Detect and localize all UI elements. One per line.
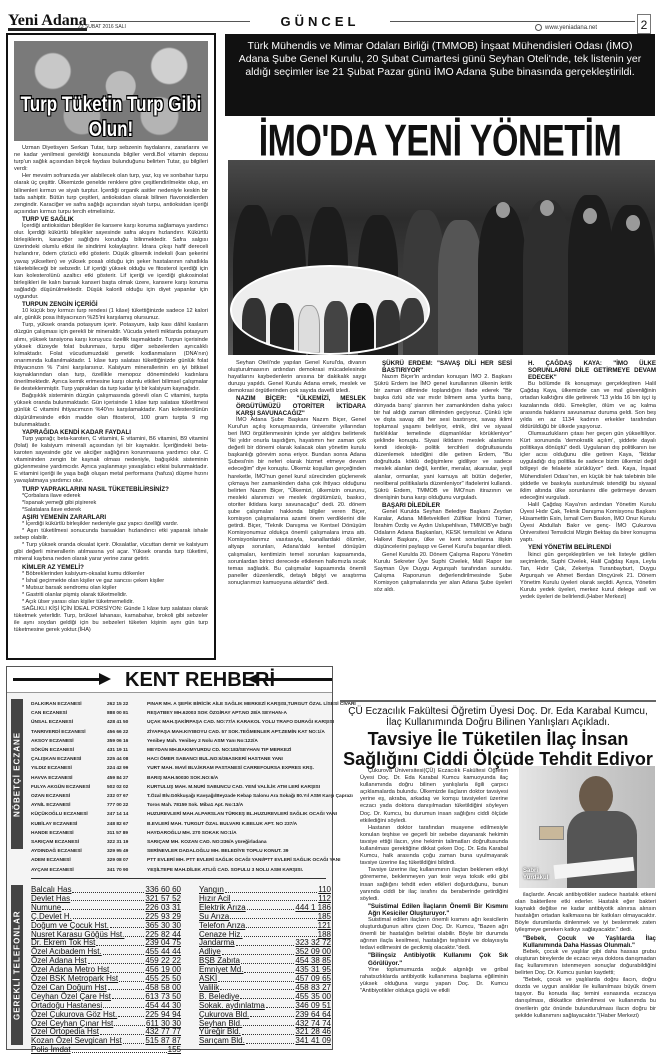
pharmacy-row: KÜÇÜKOĞLU ECZANESİ247 14 14HUZUREVLERİ M… [31,811,337,819]
pharmacy-row: FULYA AKGÜN ECZANESİ502 02 02KURTULUŞ MA… [31,784,320,792]
pharmacy-phone[interactable]: 322 31 19 [107,839,147,847]
phones-label: GEREKLİ TELEFONLAR [11,885,23,1045]
pharmacy-row: AYDINDAĞ ECZANESİ329 95 49SERİNEVLER DAD… [31,848,288,856]
pharmacy-phone[interactable]: 262 15 22 [107,701,147,709]
pharmacy-name: KÜÇÜKOĞLU ECZANESİ [31,811,107,819]
phone-label: Sarıçam Bld. [199,1036,245,1046]
pharmacy-name: ADEM ECZANESİ [31,857,107,865]
section-title: GÜNCEL [250,14,390,29]
paragraph: * Mutsuz barsak sendromu olan kişiler [14,585,208,592]
pharmacy-row: SÖKÜN ECZANESİ431 19 11MEYDAN MH.BAKIMYU… [31,747,291,755]
ilac-column-2: ilaçlardır. Ancak antibiyotikler sadece … [515,892,656,1020]
paragraph: *Ispanak yemeği gibi pişirerek [14,500,208,507]
turp-headline: Turp Tüketin Turp Gibi Olun! [14,92,208,142]
pharmacy-phone[interactable]: 225 44 08 [107,756,147,764]
pharmacy-address: SARIÇAM MH. KOZAN CAD. NO:236/A yüreğirl… [147,840,267,845]
subheading: TURP YAPRAKLARINI NASIL TÜKETEBİLİRSİNİZ… [22,486,208,493]
subheading: ŞÜKRÜ ERDEM: "SAVAŞ DİLİ HER SESİ BASTIR… [382,360,512,374]
photo-credit: Sabri Yurdakul [523,868,549,882]
website-link[interactable]: www.yeniadana.net [545,25,597,31]
board-members-inset-photo [230,265,430,355]
globe-icon [535,24,542,31]
pharmacy-name: HAVVA ECZANESİ [31,775,107,783]
paragraph: * Turp yüksek oranda oksalat içerir. Oks… [14,542,208,563]
pharmacy-address: PINAR MH. A ŞEFİK BİRİCİK AİLE SAĞLIK ME… [147,702,356,707]
phone-number[interactable]: 155 [168,1045,181,1054]
paragraph: *Salatalara ilave ederek [14,507,208,514]
paragraph: "Bebek, çocuk ve yaşlılarda doğru ilacın… [515,977,656,1020]
pharmacy-phone[interactable]: 777 00 22 [107,802,147,810]
pharmacy-row: HAVVA ECZANESİ459 84 27BARIŞ MAH.50030 S… [31,775,218,783]
phone-row: Sarıçam Bld.341 41 09 [199,1036,331,1046]
phone-number[interactable]: 341 41 09 [295,1036,331,1046]
paragraph: Halil Çağdaş Kaya'nın ardından Yönetim K… [520,502,656,545]
subheading: "Bebek, Çocuk ve Yaşlılarda İlaç Kullanı… [523,935,656,949]
paragraph: * Aşırı tüketilmesi sonucunda barsakları… [14,528,208,542]
pharmacy-row: AYNİL ECZANESİ777 00 22Toros Mah. 78159 … [31,802,243,810]
paragraph: Bebek, çocuk ve yaşlılar gibi daha hassa… [515,949,656,977]
subheading: TURP VE SAĞLIK [22,216,208,223]
paragraph: Turp, yüksek oranda potasyum içerir. Pot… [14,322,208,393]
paragraph: Hastanın doktor tarafından muayene edilm… [360,825,508,868]
pharmacy-phone[interactable]: 341 70 90 [107,867,147,875]
city-guide-header: KENT REHBERİ [7,667,332,693]
arrow-left-icon [257,678,332,681]
pharmacy-row: ADEM ECZANESİ329 08 07PTT EVLERİ MH. PTT… [31,857,341,865]
subheading: YENİ YÖNETİM BELİRLENDİ [528,544,656,551]
pharmacy-row: YILDIZ ECZANESİ224 42 99YURT MAH. MAVİ B… [31,765,314,773]
page-number: 2 [637,14,651,34]
pharmacy-name: SÖKÜN ECZANESİ [31,747,107,755]
pharmacy-name: KUBİLAY ECZANESİ [31,821,107,829]
imo-lead-box: Türk Mühendis ve Mimar Odaları Birliği (… [225,34,655,116]
pharmacy-row: AKSOY ECZANESİ359 06 16Yenibey Mah. Yeni… [31,738,258,746]
pharmacy-name: HANDE ECZANESİ [31,830,107,838]
paragraph: İçerdiği antioksidan bileşikler ile kans… [14,223,208,301]
pharmacy-phone[interactable]: 359 06 16 [107,738,147,746]
pharmacy-address: HAYDAROĞLU MH. 270 SOKAK NO:1/A [147,831,237,836]
pharmacy-address: YEŞİLTEPE MAH.DİLEK ATLIĞ CAD. SOFULU 3 … [147,868,303,873]
pharmacy-name: DALKIRAN ECZANESİ [31,701,107,709]
paragraph: * Gastriti olanlar pişmiş olarak tüketme… [14,592,208,599]
paragraph: Suistimal edilen ilaçların önemli kısmın… [360,917,508,952]
pharmacy-row: OZAN ECZANESİ232 07 67T.Özal Blv.Gökkuşa… [31,793,353,801]
pharmacy-row: DALKIRAN ECZANESİ262 15 22PINAR MH. A ŞE… [31,701,356,709]
pharmacy-name: OZAN ECZANESİ [31,793,107,801]
pharmacy-row: CAN ECZANESİ888 00 81REŞATBEY MH.62003 S… [31,710,287,718]
paragraph: Bu bölümde ilk konuşmayı gerçekleştiren … [520,381,656,431]
pharmacy-address: PTT EVLERİ MH. PTT EVLERİ SAĞLIK OCAĞI Y… [147,858,341,863]
pharmacy-address: Yenibey Mah. Yenibey 2 Nolu ASM Yanı No:… [147,739,258,744]
pharmacy-address: UÇAK MAH.ŞAKİRPAŞA CAD. NO:77/A KARAKOL … [147,720,334,725]
paragraph: ilaçlardır. Ancak antibiyotikler sadece … [515,892,656,935]
paragraph: İMO Adana Şube Başkanı Nazım Biçer, Gene… [228,417,366,587]
pharmacy-address: B.EVLERİ MAH. TURGUT ÖZAL BULVARI K.BELU… [147,822,297,827]
pharmacy-name: CAN ECZANESİ [31,710,107,718]
ilac-kicker: ÇÜ Eczacılık Fakültesi Öğretim Üyesi Doç… [340,706,656,728]
pharmacy-name: ÜNSAL ECZANESİ [31,719,107,727]
pharmacy-label: NÖBETÇİ ECZANE [11,699,23,849]
pharmacy-address: BARIŞ MAH.50030 SOK.NO:6/A [147,776,218,781]
paragraph: * İçerdiği kükürtlü birleşikler nedeniyl… [14,521,208,528]
turp-body: Uzman Diyetisyen Serkan Tutar, turp sebz… [14,145,208,634]
pharmacy-row: TANRIVERDİ ECZANESİ456 66 22ZİYAPAŞA MAH… [31,729,325,737]
pharmacy-address: KURTULUŞ MAH. M.NURİ SABUNCU CAD. YENİ V… [147,785,320,790]
subheading: TURPUN ZENGİN İÇERİĞİ [22,301,208,308]
ilac-column-1: Çukurova Üniversitesi(ÇÜ) Eczacılık Fakü… [360,768,508,995]
pharmacy-address: REŞATBEY MH.62003 SOK ÖZGİRAY APT.NO 28/… [147,711,287,716]
pharmacy-row: AYÇAM ECZANESİ341 70 90YEŞİLTEPE MAH.DİL… [31,867,303,875]
pharmacy-phone[interactable]: 456 66 22 [107,729,147,737]
pharmacy-address: SERİNEVLER DADALOĞLU MH. BELEDİYE TOPLU … [147,849,288,854]
pharmacy-name: AKSOY ECZANESİ [31,738,107,746]
pharmacy-address: MEYDAN MH.BAKIMYURDU CD. NO:183/SEYHAN T… [147,748,291,753]
arrow-right-icon [13,678,103,681]
ilac-headline: Tavsiye İle Tüketilen İlaç İnsan Sağlığı… [340,729,656,769]
pharmacy-phone[interactable]: 311 57 89 [107,830,147,838]
pharmacy-phone[interactable]: 224 42 99 [107,765,147,773]
subheading: H. ÇAĞDAŞ KAYA: "İMO ÜLKE SORUNLARINI Dİ… [528,360,656,381]
paragraph: * Böbreklerinden kalsiyum-oksalat kumu d… [14,571,208,578]
paragraph: Tavsiye üzerine ilaç kullanımının ilaçta… [360,867,508,902]
pharmacy-row: KUBİLAY ECZANESİ248 82 67B.EVLERİ MAH. T… [31,821,297,829]
issue-date: 23 ŞUBAT 2016 SALI [78,24,126,30]
pharmacy-phone[interactable]: 888 00 81 [107,710,147,718]
pharmacy-address: HACI ÖMER SABANCI BUL.NO:6/36ASKERİ HAST… [147,757,283,762]
paragraph: Olumsuzlukların çıtası her geçen gün yük… [520,431,656,502]
paragraph: Çukurova Üniversitesi(ÇÜ) Eczacılık Fakü… [360,768,508,825]
paragraph: Her mevsim sofranızda yer alabilecek ola… [14,173,208,216]
paragraph: *Çorbalara ilave ederek [14,493,208,500]
paragraph: İkinci gün gerçekleştirilen ve tek liste… [520,552,656,602]
subheading: "Bilinçsiz Antibiyotik Kullanımı Çok Sık… [368,952,508,966]
pharmacy-address: Toros Mah. 78159 Sok. Miba1 Apt. No:13/A [147,803,243,808]
pharmacy-phone[interactable]: 502 02 02 [107,784,147,792]
paragraph: Genel Kurulda Seyhan Belediye Başkanı Ze… [374,509,512,552]
pharmacy-name: ÇALIŞKAN ECZANESİ [31,756,107,764]
imo-column-1: Seyhan Oteli'nde yapılan Genel Kurul'da,… [228,360,366,587]
subheading: NAZIM BİÇER: "ÜLKEMİZİ, MESLEK ÖRGÜTÜMÜZ… [236,395,366,416]
paragraph: Nazım Biçer'in ardından konuşan İMO 2. B… [374,374,512,502]
subheading: BAŞARI DİLEDİLER [382,502,512,509]
pharmacy-phone[interactable]: 248 82 67 [107,821,147,829]
paragraph: SAĞLIKLI KİŞİ İÇİN İDEAL PORSİYON: Günde… [14,606,208,634]
imo-column-2: ŞÜKRÜ ERDEM: "SAVAŞ DİLİ HER SESİ BASTIR… [374,360,512,594]
pharmacy-row: HANDE ECZANESİ311 57 89HAYDAROĞLU MH. 27… [31,830,237,838]
pharmacy-phone[interactable]: 247 14 14 [107,811,147,819]
pharmacy-phone[interactable]: 329 95 49 [107,848,147,856]
pharmacy-phone[interactable]: 431 19 11 [107,747,147,755]
subheading: AŞIRI YEMENİN ZARARLARI [22,514,208,521]
paragraph: Turp yaprağı; beta-karoten, C vitamini, … [14,436,208,486]
paragraph: Seyhan Oteli'nde yapılan Genel Kurul'da,… [228,360,366,395]
phone-label: Polis İmdat [31,1045,71,1054]
imo-column-3: H. ÇAĞDAŞ KAYA: "İMO ÜLKE SORUNLARINI Dİ… [520,360,656,601]
pharmacy-name: AYNİL ECZANESİ [31,802,107,810]
phone-row: Polis İmdat155 [31,1045,181,1054]
newspaper-logo[interactable]: Yeni Adana [8,14,87,31]
pharmacy-phone[interactable]: 232 07 67 [107,793,147,801]
pharmacy-row: SARIÇAM ECZANESİ322 31 19SARIÇAM MH. KOZ… [31,839,267,847]
pharmacy-name: AYDINDAĞ ECZANESİ [31,848,107,856]
paragraph: Bağışıklık sisteminin düzgün çalışmasınd… [14,393,208,428]
pharmacy-row: ÜNSAL ECZANESİ428 41 50UÇAK MAH.ŞAKİRPAŞ… [31,719,334,727]
pharmacy-name: AYÇAM ECZANESİ [31,867,107,875]
pharmacy-name: SARIÇAM ECZANESİ [31,839,107,847]
radish-photo: Turp Tüketin Turp Gibi Olun! [14,41,208,141]
pharmacy-address: ZİYAPAŞA MAH.KIYIBOYU CAD. 57 SOK.TEĞMEN… [147,730,325,735]
pharmacy-phone[interactable]: 329 08 07 [107,857,147,865]
subheading: YAPRAĞIDA KENDİ KADAR FAYDALI [22,429,208,436]
city-guide: KENT REHBERİ NÖBETÇİ ECZANE DALKIRAN ECZ… [6,666,333,1050]
paragraph: 10 küçük boy kırmızı turp rendesi (1 kâs… [14,308,208,322]
doctor-portrait-photo: Sabri Yurdakul [519,766,655,888]
paragraph: Genel Kurulda 20. Dönem Çalışma Raporu Y… [374,552,512,595]
pharmacy-name: FULYA AKGÜN ECZANESİ [31,784,107,792]
pharmacy-name: YILDIZ ECZANESİ [31,765,107,773]
paragraph: * İshal geçirmekte olan kişiler ve gaz s… [14,578,208,585]
pharmacy-phone[interactable]: 459 84 27 [107,775,147,783]
paragraph: Yine toplumumuzda soğuk algınlığı ve gri… [360,967,508,995]
pharmacy-address: T.Özal Blv.Gökkuşağı Kavşağı/Beyzade Keb… [147,794,353,799]
subheading: "Suistimal Edilen İlaçların Önemli Bir K… [368,903,508,917]
pharmacy-phone[interactable]: 428 41 50 [107,719,147,727]
pharmacy-address: HUZUREVLERİ MAH.ALPARSLAN TÜRKEŞ BL.HUZU… [147,812,337,817]
pharmacy-name: TANRIVERDİ ECZANESİ [31,729,107,737]
pharmacy-address: YURT MAH. MAVİ BLV.İKRAM PASTANESİ CARRE… [147,766,314,771]
subheading: KİMLER AZ YEMELİ? [22,564,208,571]
paragraph: Uzman Diyetisyen Serkan Tutar, turp sebz… [14,145,208,173]
turp-article: Turp Tüketin Turp Gibi Olun! Uzman Diyet… [6,33,216,660]
pharmacy-row: ÇALIŞKAN ECZANESİ225 44 08HACI ÖMER SABA… [31,756,283,764]
